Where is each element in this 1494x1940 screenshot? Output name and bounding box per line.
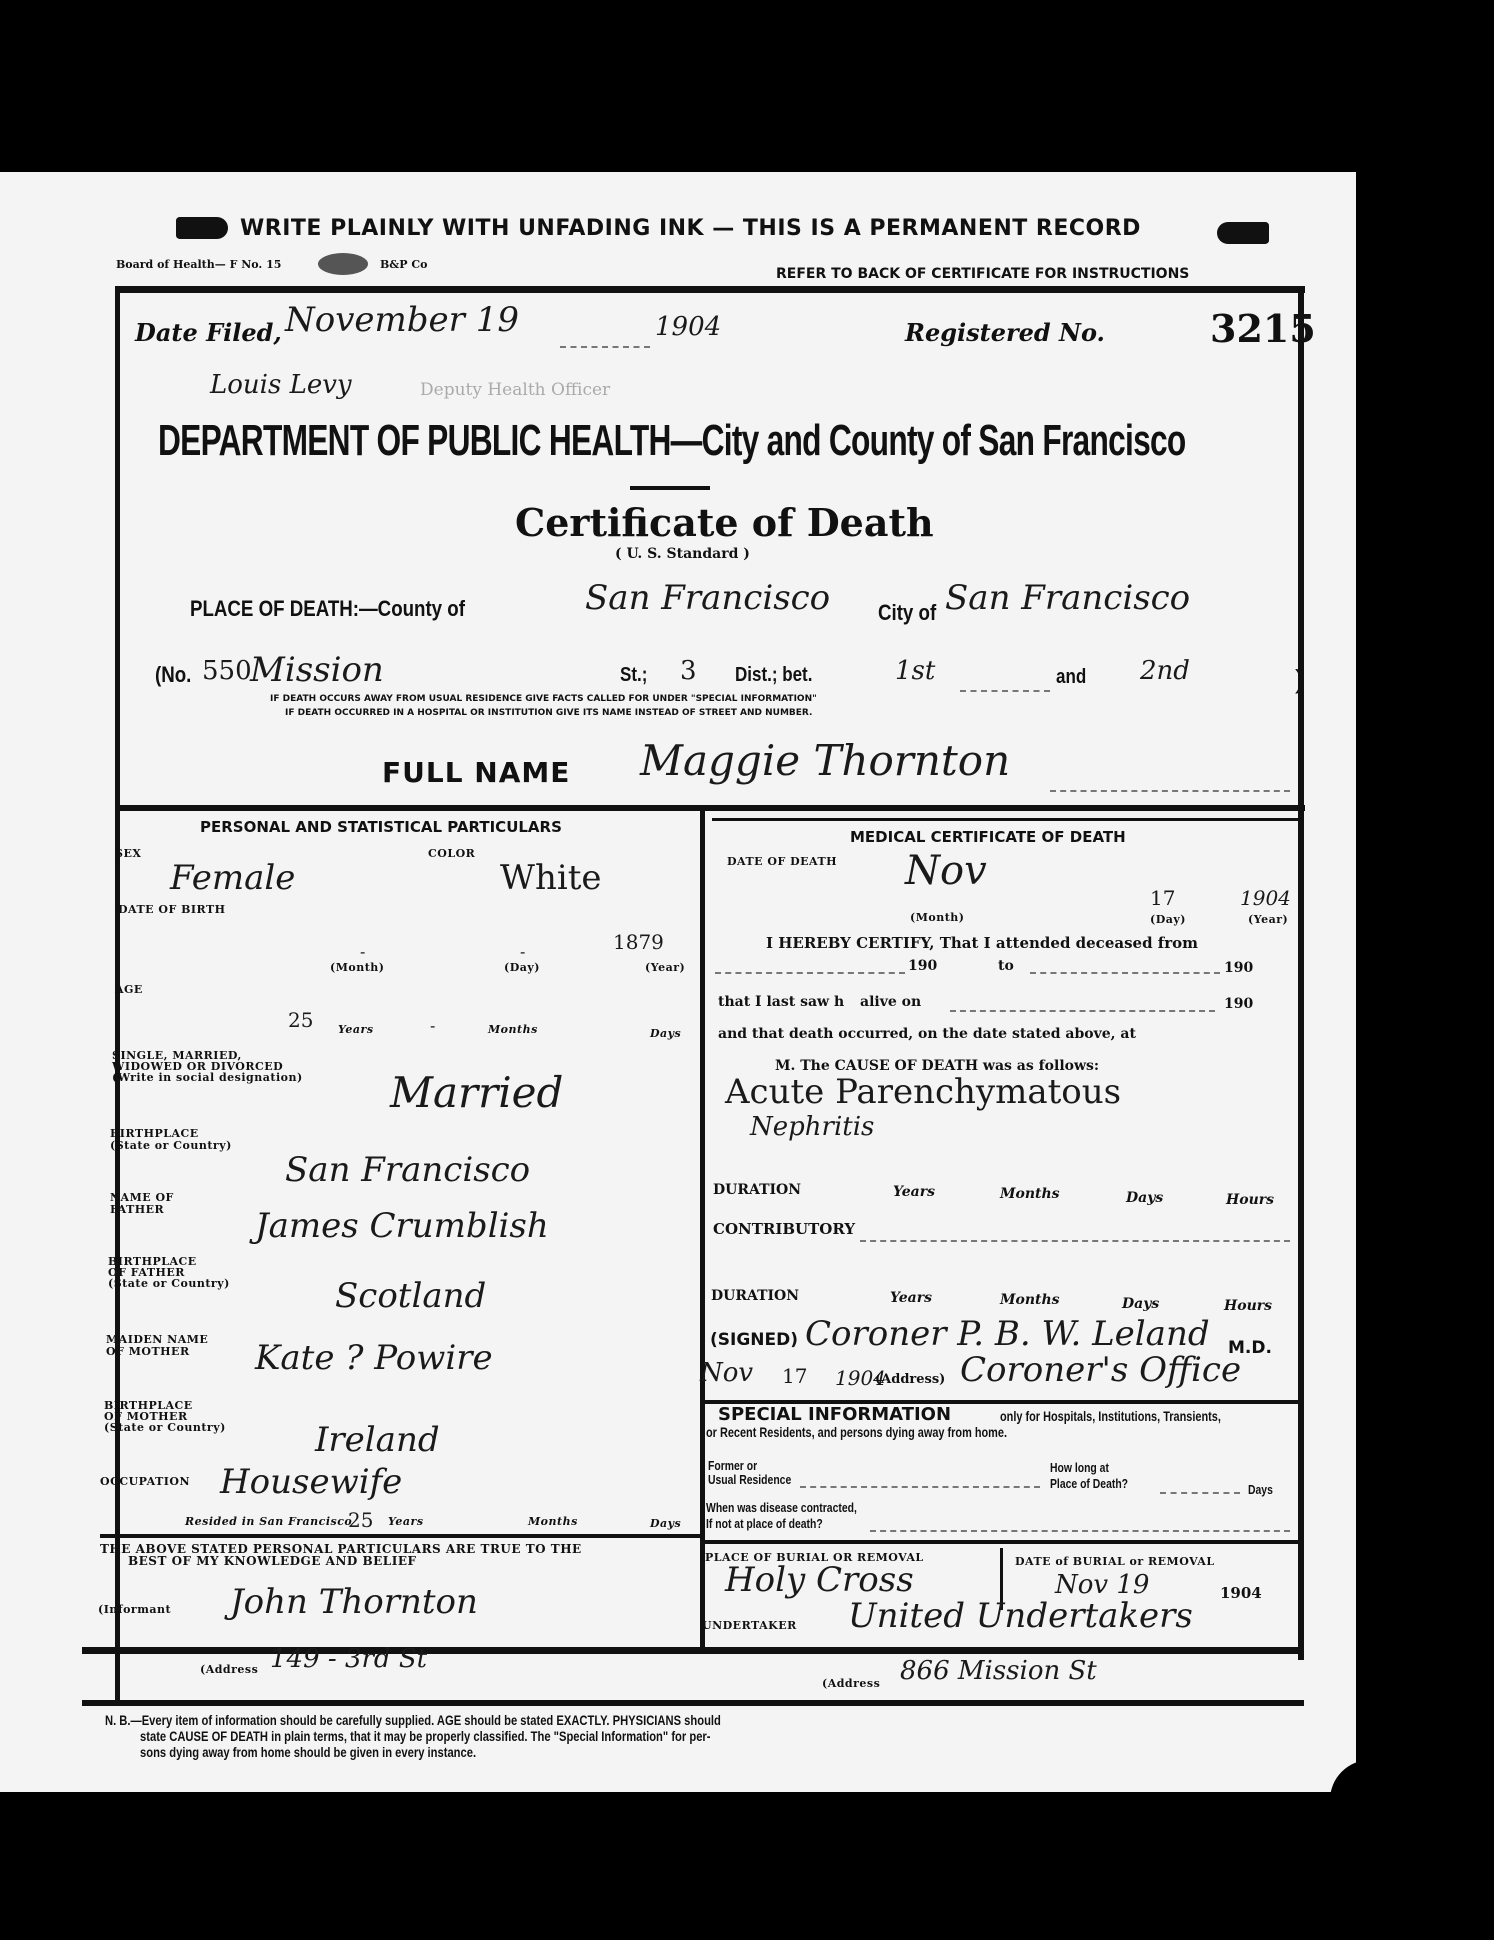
months-caption: Months — [1000, 1186, 1060, 1202]
years-caption: Years — [890, 1290, 932, 1306]
day-caption: (Day) — [1150, 914, 1186, 925]
instructions-note: REFER TO BACK OF CERTIFICATE FOR INSTRUC… — [776, 266, 1189, 282]
informant-name: John Thornton — [230, 1582, 478, 1622]
full-name-label: FULL NAME — [382, 756, 570, 789]
section-divider — [115, 805, 1305, 811]
father-birthplace: Scotland — [335, 1276, 486, 1316]
and-label: and — [1056, 666, 1086, 689]
physician-address: Coroner's Office — [960, 1350, 1241, 1390]
footer-divider — [82, 1700, 1304, 1706]
burial-year: 1904 — [1220, 1584, 1262, 1602]
district-label: Dist.; bet. — [735, 664, 812, 687]
hours-caption: Hours — [1226, 1192, 1274, 1208]
registered-label: Registered No. — [905, 318, 1105, 347]
informant-label: (Informant — [98, 1604, 171, 1615]
days-caption: Days — [650, 1518, 681, 1529]
form-border-right — [1298, 290, 1304, 1660]
years-caption: Years — [388, 1516, 424, 1527]
duration-label: DURATION — [711, 1288, 799, 1304]
month-caption: (Month) — [910, 912, 965, 923]
months-caption: Months — [488, 1024, 538, 1035]
county-value: San Francisco — [585, 578, 830, 618]
dob-year: 1879 — [613, 930, 664, 954]
certificate-title: Certificate of Death — [515, 500, 934, 545]
street-name: Mission — [250, 650, 384, 690]
physician-address-label: (Address) — [875, 1372, 945, 1387]
days-caption: Days — [1248, 1482, 1273, 1497]
occupation-value: Housewife — [220, 1462, 402, 1502]
years-caption: Years — [893, 1184, 935, 1200]
form-code: Board of Health— F No. 15 — [116, 258, 281, 271]
city-label: City of — [878, 600, 936, 626]
cause-of-death-2: Nephritis — [750, 1112, 874, 1142]
department-title: DEPARTMENT OF PUBLIC HEALTH—City and Cou… — [158, 416, 1186, 466]
st-label: St.; — [620, 664, 647, 687]
place-note-1: IF DEATH OCCURS AWAY FROM USUAL RESIDENC… — [270, 694, 817, 704]
age-years: 25 — [288, 1008, 313, 1032]
dob-label: DATE OF BIRTH — [118, 904, 226, 915]
informant-address: 149 - 3rd St — [270, 1644, 427, 1674]
street-no-label: (No. — [155, 662, 191, 688]
column-divider — [700, 808, 705, 1654]
from-year: 190 — [908, 958, 937, 974]
how-long-label: Place of Death? — [1050, 1476, 1128, 1491]
father-name: James Crumblish — [255, 1206, 549, 1246]
special-heading: SPECIAL INFORMATION — [718, 1404, 951, 1425]
registered-number: 3215 — [1210, 306, 1316, 351]
ward-value: 3 — [680, 656, 697, 686]
to-year: 190 — [1224, 960, 1253, 976]
alive-year: 190 — [1224, 996, 1253, 1012]
special-heading-note: or Recent Residents, and persons dying a… — [706, 1424, 1007, 1440]
burial-place: Holy Cross — [725, 1560, 914, 1600]
officer-title: Deputy Health Officer — [420, 380, 610, 400]
months-caption: Months — [528, 1516, 578, 1527]
standard-subtitle: ( U. S. Standard ) — [615, 546, 750, 562]
days-caption: Days — [650, 1028, 681, 1039]
date-filed-year: 1904 — [655, 312, 721, 342]
death-day: 17 — [1150, 886, 1175, 910]
burial-divider — [702, 1540, 1300, 1544]
sex-label: SEX — [115, 848, 141, 859]
death-month: Nov — [905, 848, 987, 894]
certify-statement: I HEREBY CERTIFY, That I attended deceas… — [766, 934, 1198, 952]
attended-to-field — [1030, 972, 1220, 974]
duration-label: DURATION — [713, 1182, 801, 1198]
day-caption: (Day) — [504, 962, 540, 973]
footer-note: N. B.—Every item of information should b… — [105, 1712, 721, 1728]
color-value: White — [500, 858, 602, 898]
last-saw-label: that I last saw h — [718, 994, 844, 1010]
form-border-bottom — [82, 1647, 1304, 1654]
page-shadow — [1330, 1760, 1494, 1820]
dob-day: - — [520, 944, 525, 962]
signature-date-day: 17 — [782, 1364, 807, 1388]
years-caption: Years — [338, 1024, 374, 1035]
marital-value: Married — [390, 1068, 563, 1117]
form-border-top — [115, 286, 1305, 293]
pointing-hand-icon — [1217, 222, 1269, 244]
signature-date-month: Nov — [700, 1358, 753, 1388]
date-of-death-label: DATE OF DEATH — [727, 856, 837, 867]
year-caption: (Year) — [645, 962, 685, 973]
footer-note: sons dying away from home should be give… — [140, 1744, 476, 1760]
undertaker-label: UNDERTAKER — [702, 1620, 797, 1631]
special-heading-note: only for Hospitals, Institutions, Transi… — [1000, 1408, 1221, 1424]
city-value: San Francisco — [945, 578, 1190, 618]
age-months: - — [430, 1018, 435, 1036]
alive-on-label: alive on — [860, 994, 921, 1010]
undertaker-address-label: (Address — [822, 1678, 880, 1689]
former-residence-label: Usual Residence — [708, 1472, 791, 1487]
father-birthplace-label: (State or Country) — [108, 1278, 230, 1289]
birthplace-value: San Francisco — [285, 1150, 530, 1190]
year-caption: (Year) — [1248, 914, 1288, 925]
birthplace-label: (State or Country) — [110, 1140, 232, 1151]
cause-of-death-1: Acute Parenchymatous — [725, 1072, 1121, 1112]
sex-value: Female — [170, 858, 295, 898]
pointing-hand-icon — [176, 217, 228, 239]
informant-address-label: (Address — [200, 1664, 258, 1675]
days-caption: Days — [1122, 1296, 1159, 1312]
between-street-2: 2nd — [1140, 656, 1190, 686]
color-label: COLOR — [428, 848, 475, 859]
full-name-value: Maggie Thornton — [640, 736, 1010, 785]
mother-name: Kate ? Powire — [255, 1338, 493, 1378]
occupation-label: OCCUPATION — [100, 1476, 190, 1487]
death-year: 1904 — [1240, 886, 1291, 910]
attended-from-field — [715, 972, 905, 974]
age-label: AGE — [115, 984, 143, 995]
date-filed-label: Date Filed, — [135, 318, 282, 347]
medical-top-rule — [712, 818, 1302, 821]
contracted-field — [870, 1530, 1290, 1532]
undertaker-address: 866 Mission St — [900, 1656, 1097, 1686]
informant-attestation: BEST OF MY KNOWLEDGE AND BELIEF — [128, 1556, 417, 1567]
place-of-death-label: PLACE OF DEATH:—County of — [190, 596, 465, 622]
between-street-1: 1st — [895, 656, 935, 686]
fill-line — [1050, 790, 1290, 792]
mother-label: OF MOTHER — [106, 1346, 190, 1357]
contributory-label: CONTRIBUTORY — [713, 1220, 855, 1238]
personal-heading: PERSONAL AND STATISTICAL PARTICULARS — [200, 818, 562, 836]
days-caption: Days — [1126, 1190, 1163, 1206]
months-caption: Months — [1000, 1292, 1060, 1308]
signed-label: (SIGNED) — [710, 1330, 798, 1350]
to-label: to — [998, 958, 1014, 974]
undertaker-name: United Undertakers — [848, 1596, 1193, 1636]
how-long-field — [1160, 1492, 1240, 1494]
marital-label: (Write in social designation) — [112, 1072, 303, 1083]
informant-divider — [100, 1534, 700, 1538]
place-note-2: IF DEATH OCCURRED IN A HOSPITAL OR INSTI… — [285, 708, 812, 718]
father-label: FATHER — [110, 1204, 164, 1215]
mother-birthplace: Ireland — [315, 1420, 440, 1460]
union-label-seal-icon — [318, 253, 368, 275]
paren-close: ) — [1295, 664, 1304, 695]
divider — [630, 486, 710, 490]
birthplace-label: BIRTHPLACE — [110, 1128, 199, 1139]
officer-signature: Louis Levy — [210, 370, 352, 400]
contracted-label: When was disease contracted, — [706, 1500, 857, 1515]
footer-note: state CAUSE OF DEATH in plain terms, tha… — [140, 1728, 711, 1744]
resided-years: 25 — [348, 1508, 373, 1532]
former-residence-label: Former or — [708, 1458, 757, 1473]
burial-date-label: DATE of BURIAL or REMOVAL — [1015, 1556, 1215, 1567]
date-filed-value: November 19 — [285, 300, 519, 340]
contracted-label: If not at place of death? — [706, 1516, 823, 1531]
dob-month: - — [360, 944, 365, 962]
mother-birthplace-label: (State or Country) — [104, 1422, 226, 1433]
how-long-label: How long at — [1050, 1460, 1109, 1475]
month-caption: (Month) — [330, 962, 385, 973]
street-number: 550 — [202, 656, 252, 686]
fill-line — [960, 690, 1050, 692]
alive-on-field — [950, 1010, 1215, 1012]
banner-text: WRITE PLAINLY WITH UNFADING INK — THIS I… — [240, 216, 1141, 241]
father-label: NAME OF — [110, 1192, 174, 1203]
death-occurred-statement: and that death occurred, on the date sta… — [718, 1026, 1136, 1042]
hours-caption: Hours — [1224, 1298, 1272, 1314]
former-residence-field — [800, 1486, 1040, 1488]
resided-label: Resided in San Francisco — [185, 1516, 352, 1527]
mother-label: MAIDEN NAME — [106, 1334, 208, 1345]
printer-mark: B&P Co — [380, 258, 427, 271]
contributory-field — [860, 1240, 1290, 1242]
medical-heading: MEDICAL CERTIFICATE OF DEATH — [850, 828, 1126, 846]
fill-line — [560, 346, 650, 348]
physician-signature: Coroner P. B. W. Leland — [805, 1314, 1210, 1354]
